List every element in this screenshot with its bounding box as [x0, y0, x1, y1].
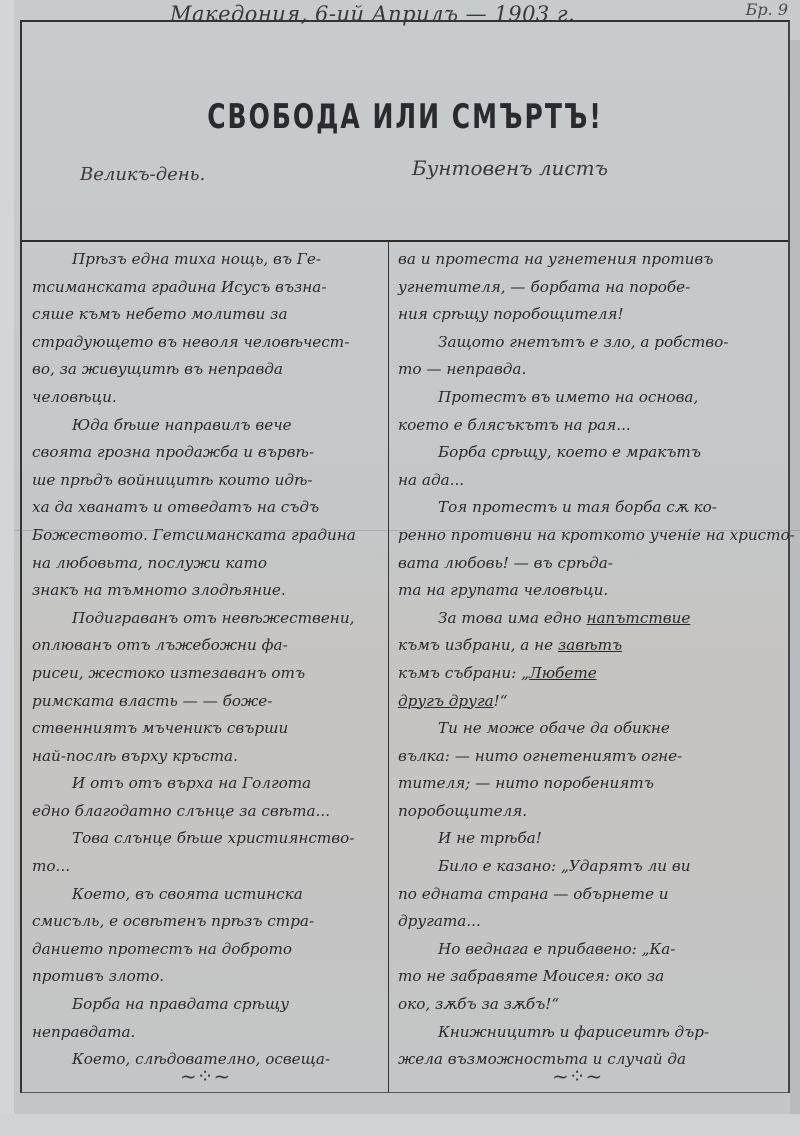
text-line: на ада...: [398, 467, 782, 495]
text-line: то — неправда.: [398, 356, 782, 384]
masthead-right-caption: Бунтовенъ листъ: [412, 156, 608, 180]
text-column-left: Прѣзъ една тиха нощь, въ Ге-тсиманската …: [32, 246, 382, 1074]
text-column-right: ва и протеста на угнетения противъугнети…: [398, 246, 782, 1074]
text-line: знакъ на тъмното злодѣяние.: [32, 577, 382, 605]
text-line: тсиманската градина Исусъ възна-: [32, 274, 382, 302]
underlined-emphasis: завѣтъ: [558, 636, 622, 654]
text-line: оплюванъ отъ лъжебожни фа-: [32, 632, 382, 660]
text-line: къмъ избрани, а не завѣтъ: [398, 632, 782, 660]
text-line: по едната страна — обърнете и: [398, 881, 782, 909]
text-line: угнетителя, — борбата на поробе-: [398, 274, 782, 302]
text-line: другъ друга!“: [398, 688, 782, 716]
underlined-emphasis: Любете: [529, 664, 597, 682]
text-line: Ти не може обаче да обикне: [398, 715, 782, 743]
ornament-left: ~⁘~: [180, 1064, 230, 1088]
page-frame: СВОБОДА ИЛИ СМЪРТЪ! Великъ-день. Бунтове…: [20, 20, 790, 1093]
text-line: во, за живущитѣ въ неправда: [32, 356, 382, 384]
text-line: ния срѣщу поробощителя!: [398, 301, 782, 329]
scan-margin-right: [790, 40, 800, 1130]
text-line: ва и протеста на угнетения противъ: [398, 246, 782, 274]
text-line: вълка: — нито огнетениятъ огне-: [398, 743, 782, 771]
text-line: на любовьта, послужи като: [32, 550, 382, 578]
underlined-emphasis: напътствие: [586, 609, 690, 627]
masthead-left-caption: Великъ-день.: [80, 164, 205, 185]
text-line: вата любовь! — въ срѣда-: [398, 550, 782, 578]
text-line: другата...: [398, 908, 782, 936]
scan-margin-left: [0, 0, 14, 1136]
column-divider: [388, 240, 389, 1092]
text-line: най-послѣ върху кръста.: [32, 743, 382, 771]
page-number: Бр. 9: [746, 0, 788, 19]
text-line: неправдата.: [32, 1019, 382, 1047]
text-line: данието протестъ на доброто: [32, 936, 382, 964]
text-line: Протестъ въ името на основа,: [398, 384, 782, 412]
text-line: И не трѣба!: [398, 825, 782, 853]
text-line: Прѣзъ една тиха нощь, въ Ге-: [32, 246, 382, 274]
text-line: противъ злото.: [32, 963, 382, 991]
text-line: Това слънце бѣше християнство-: [32, 825, 382, 853]
text-line: то не забравяте Моисея: око за: [398, 963, 782, 991]
text-line: римската власть — — боже-: [32, 688, 382, 716]
text-line: За това има едно напътствие: [398, 605, 782, 633]
text-line: Но веднага е прибавено: „Ка-: [398, 936, 782, 964]
masthead-title: СВОБОДА ИЛИ СМЪРТЪ!: [22, 97, 788, 136]
text-line: къмъ събрани: „Любете: [398, 660, 782, 688]
scan-margin-bottom: [0, 1114, 800, 1136]
text-line: което е блясъкътъ на рая...: [398, 412, 782, 440]
underlined-emphasis: другъ друга: [398, 692, 494, 710]
scanned-document-page: Македония, 6-ий Априлъ — 1903 г. Бр. 9 С…: [0, 0, 800, 1136]
text-line: ственниятъ мъченикъ свърши: [32, 715, 382, 743]
text-line: Борба срѣщу, което е мракътъ: [398, 439, 782, 467]
overlay-sheet-edge: [14, 530, 800, 539]
text-line: И отъ отъ върха на Голгота: [32, 770, 382, 798]
text-line: Тоя протестъ и тая борба сѫ ко-: [398, 494, 782, 522]
text-line: око, зѫбъ за зѫбъ!“: [398, 991, 782, 1019]
text-line: Книжницитѣ и фарисеитѣ дър-: [398, 1019, 782, 1047]
text-line: ше прѣдъ войницитѣ които идѣ-: [32, 467, 382, 495]
text-line: поробощителя.: [398, 798, 782, 826]
text-line: то...: [32, 853, 382, 881]
text-line: Подиграванъ отъ невѣжествени,: [32, 605, 382, 633]
text-line: смисъль, е освѣтенъ прѣзъ стра-: [32, 908, 382, 936]
text-line: своята грозна продажба и вървѣ-: [32, 439, 382, 467]
text-line: Било е казано: „Ударятъ ли ви: [398, 853, 782, 881]
text-line: Защото гнетътъ е зло, а робство-: [398, 329, 782, 357]
masthead: СВОБОДА ИЛИ СМЪРТЪ! Великъ-день. Бунтове…: [22, 22, 788, 242]
text-line: страдующето въ неволя человѣчест-: [32, 329, 382, 357]
text-line: тителя; — нито поробениятъ: [398, 770, 782, 798]
text-line: Борба на правдата срѣщу: [32, 991, 382, 1019]
text-line: сяше къмъ небето молитви за: [32, 301, 382, 329]
text-line: едно благодатно слънце за свѣта...: [32, 798, 382, 826]
text-line: ха да хванатъ и отведатъ на съдъ: [32, 494, 382, 522]
text-line: рисеи, жестоко изтезаванъ отъ: [32, 660, 382, 688]
text-line: человѣци.: [32, 384, 382, 412]
text-line: та на групата человѣци.: [398, 577, 782, 605]
text-line: Което, въ своята истинска: [32, 881, 382, 909]
text-line: Юда бѣше направилъ вече: [32, 412, 382, 440]
ornament-right: ~⁘~: [552, 1064, 602, 1088]
